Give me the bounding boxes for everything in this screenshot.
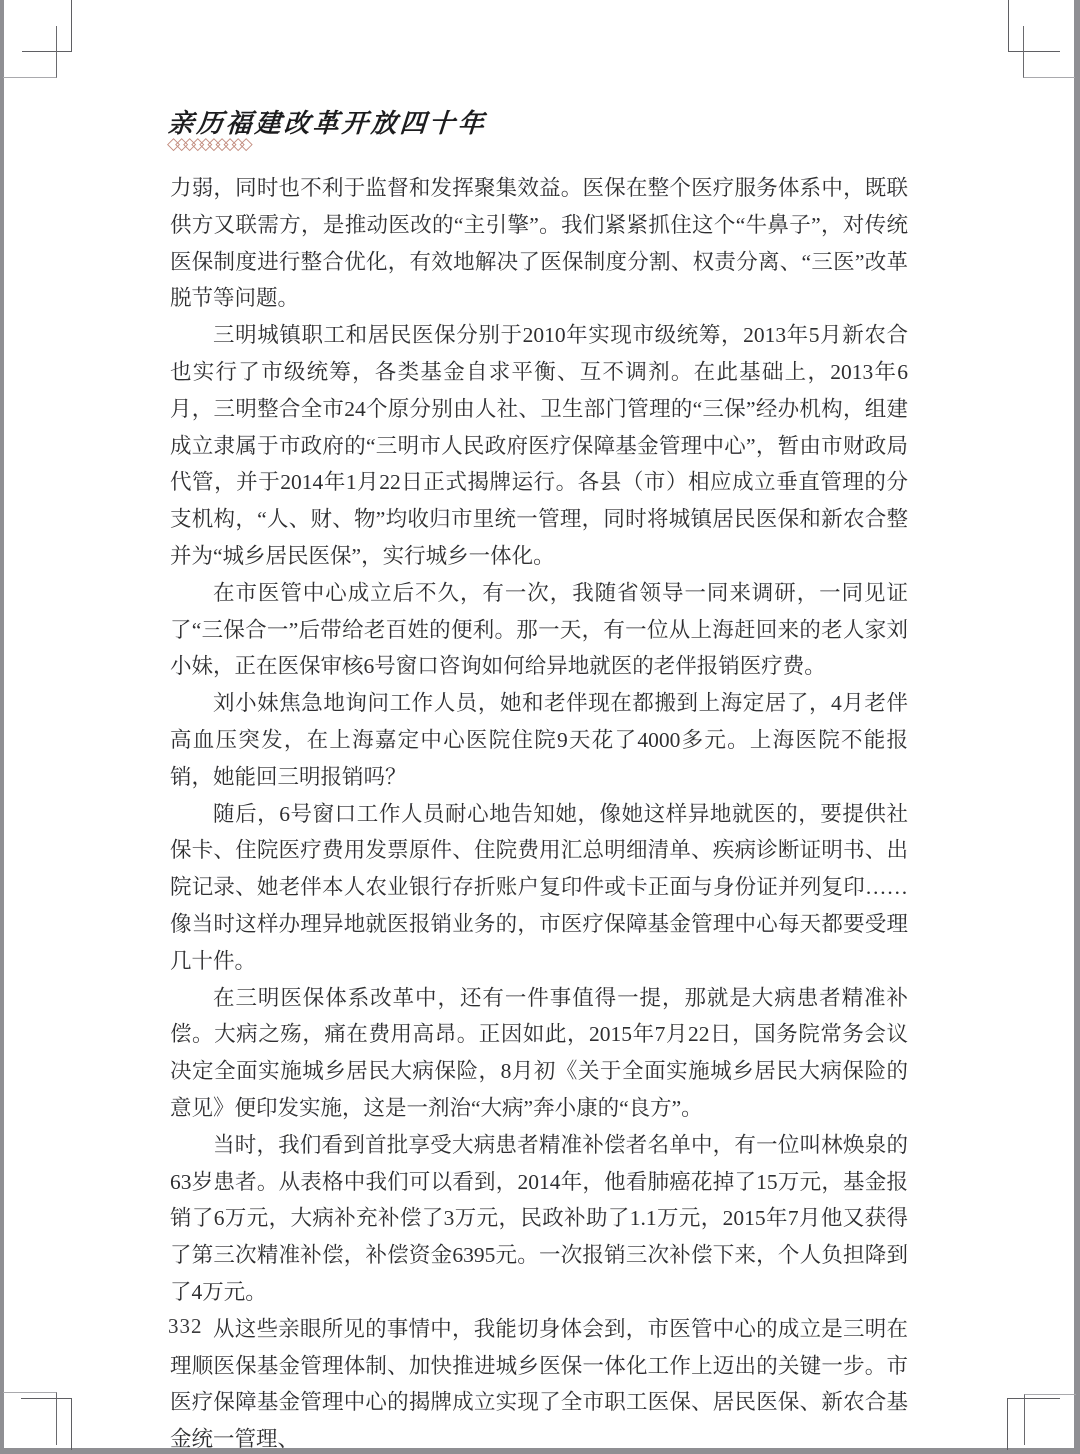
crop-mark-top-left-inner [3,26,57,78]
paragraph: 三明城镇职工和居民医保分别于2010年实现市级统筹，2013年5月新农合也实行了… [170,317,908,575]
scan-edge-right [1074,0,1080,1454]
paragraph: 当时，我们看到首批享受大病患者精准补偿者名单中，有一位叫林焕泉的63岁患者。从表… [170,1127,908,1311]
paragraph: 在市医管中心成立后不久，有一次，我随省领导一同来调研，一同见证了“三保合一”后带… [170,575,908,685]
diamond-decoration: ◇◇◇◇◇◇◇◇◇◇ [167,134,248,154]
body-text-block: 力弱，同时也不利于监督和发挥聚集效益。医保在整个医疗服务体系中，既联供方又联需方… [170,170,908,1454]
paragraph: 在三明医保体系改革中，还有一件事值得一提，那就是大病患者精准补偿。大病之殇，痛在… [170,980,908,1127]
paragraph: 随后，6号窗口工作人员耐心地告知她，像她这样异地就医的，要提供社保卡、住院医疗费… [170,796,908,980]
paragraph: 刘小妹焦急地询问工作人员，她和老伴现在都搬到上海定居了，4月老伴高血压突发，在上… [170,685,908,795]
paragraph: 力弱，同时也不利于监督和发挥聚集效益。医保在整个医疗服务体系中，既联供方又联需方… [170,170,908,317]
crop-mark-bottom-left-inner [21,1398,72,1450]
paragraph: 从这些亲眼所见的事情中，我能切身体会到，市医管中心的成立是三明在理顺医保基金管理… [170,1311,908,1454]
page-number: 332 [168,1314,203,1339]
crop-mark-bottom-right-inner [1007,1398,1060,1450]
scan-edge-left [0,0,4,1454]
crop-mark-top-right-inner [1023,26,1075,78]
